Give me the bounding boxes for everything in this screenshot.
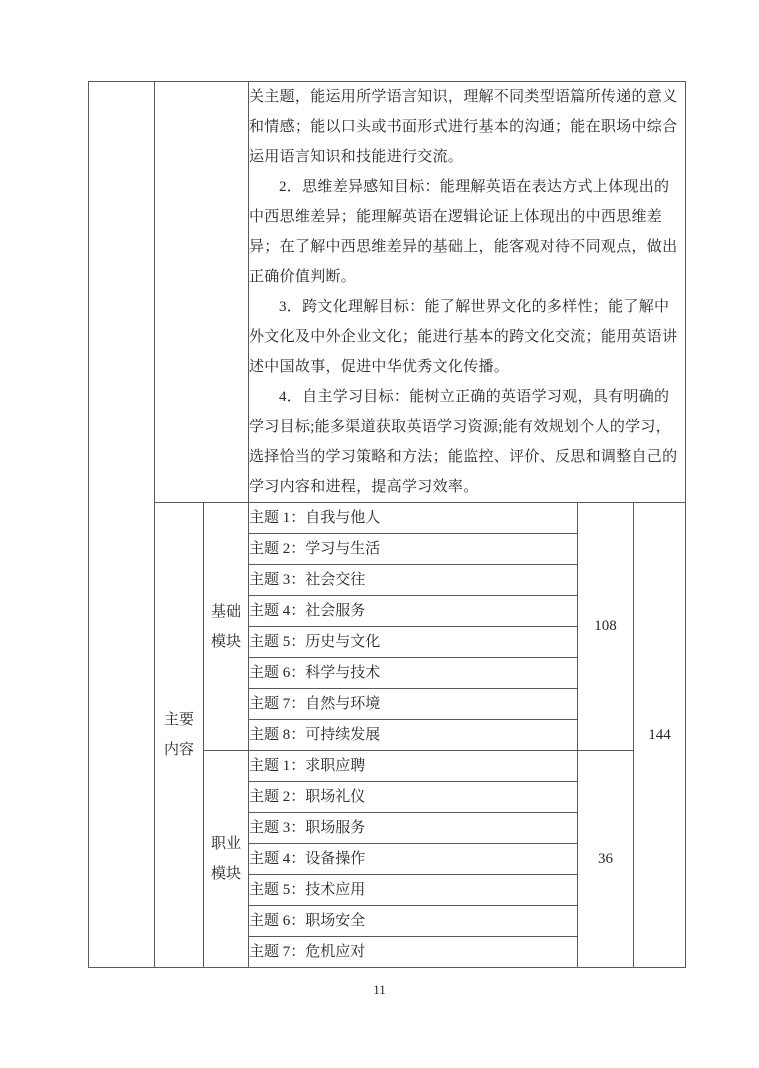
topic-cell: 主题 4：设备操作 xyxy=(249,844,578,875)
top-empty-cell xyxy=(155,82,249,503)
vocational-module-cell: 职业模块 xyxy=(204,751,249,968)
objective-line: 学习内容和进程，提高学习效率。 xyxy=(249,472,685,502)
basic-hours-cell: 108 xyxy=(578,503,634,751)
basic-module-label: 基础模块 xyxy=(210,597,242,657)
topic-cell: 主题 1：求职应聘 xyxy=(249,751,578,782)
course-standard-table: 关主题，能运用所学语言知识，理解不同类型语篇所传递的意义 和情感；能以口头或书面… xyxy=(88,81,686,968)
objectives-continuation-row: 关主题，能运用所学语言知识，理解不同类型语篇所传递的意义 和情感；能以口头或书面… xyxy=(89,82,686,503)
vocational-module-label: 职业模块 xyxy=(210,829,242,889)
topic-cell: 主题 3：职场服务 xyxy=(249,813,578,844)
objective-line: 异；在了解中西思维差异的基础上，能客观对待不同观点，做出 xyxy=(249,232,685,262)
objective-line: 4．自主学习目标：能树立正确的英语学习观，具有明确的 xyxy=(249,382,685,412)
topic-cell: 主题 6：科学与技术 xyxy=(249,658,578,689)
objective-line: 选择恰当的学习策略和方法；能监控、评价、反思和调整自己的 xyxy=(249,442,685,472)
topic-cell: 主题 5：历史与文化 xyxy=(249,627,578,658)
left-merged-cell xyxy=(89,82,155,968)
topic-cell: 主题 3：社会交往 xyxy=(249,565,578,596)
topic-cell: 主题 8：可持续发展 xyxy=(249,720,578,751)
vocational-hours-cell: 36 xyxy=(578,751,634,968)
main-content-label: 主要内容 xyxy=(163,705,195,765)
objective-line: 3．跨文化理解目标：能了解世界文化的多样性；能了解中 xyxy=(249,292,685,322)
topic-cell: 主题 6：职场安全 xyxy=(249,906,578,937)
topic-cell: 主题 7：自然与环境 xyxy=(249,689,578,720)
topic-cell: 主题 1：自我与他人 xyxy=(249,503,578,534)
topic-cell: 主题 2：学习与生活 xyxy=(249,534,578,565)
objective-line: 运用语言知识和技能进行交流。 xyxy=(249,142,685,172)
document-page: 关主题，能运用所学语言知识，理解不同类型语篇所传递的意义 和情感；能以口头或书面… xyxy=(0,0,759,1068)
objective-line: 2．思维差异感知目标：能理解英语在表达方式上体现出的 xyxy=(249,172,685,202)
page-number: 11 xyxy=(0,982,759,998)
table-row: 主要内容 基础模块 主题 1：自我与他人 108 144 xyxy=(89,503,686,534)
objective-line: 正确价值判断。 xyxy=(249,262,685,292)
topic-cell: 主题 2：职场礼仪 xyxy=(249,782,578,813)
objective-line: 学习目标;能多渠道获取英语学习资源;能有效规划个人的学习， xyxy=(249,412,685,442)
topic-cell: 主题 4：社会服务 xyxy=(249,596,578,627)
main-content-row-header: 主要内容 xyxy=(155,503,204,968)
objective-line: 关主题，能运用所学语言知识，理解不同类型语篇所传递的意义 xyxy=(249,82,685,112)
objective-line: 和情感；能以口头或书面形式进行基本的沟通；能在职场中综合 xyxy=(249,112,685,142)
objective-line: 中西思维差异；能理解英语在逻辑论证上体现出的中西思维差 xyxy=(249,202,685,232)
objectives-text-cell: 关主题，能运用所学语言知识，理解不同类型语篇所传递的意义 和情感；能以口头或书面… xyxy=(249,82,686,503)
basic-module-cell: 基础模块 xyxy=(204,503,249,751)
objective-line: 述中国故事，促进中华优秀文化传播。 xyxy=(249,352,685,382)
topic-cell: 主题 7：危机应对 xyxy=(249,937,578,968)
objective-line: 外文化及中外企业文化；能进行基本的跨文化交流；能用英语讲 xyxy=(249,322,685,352)
total-hours-cell: 144 xyxy=(634,503,686,968)
topic-cell: 主题 5：技术应用 xyxy=(249,875,578,906)
